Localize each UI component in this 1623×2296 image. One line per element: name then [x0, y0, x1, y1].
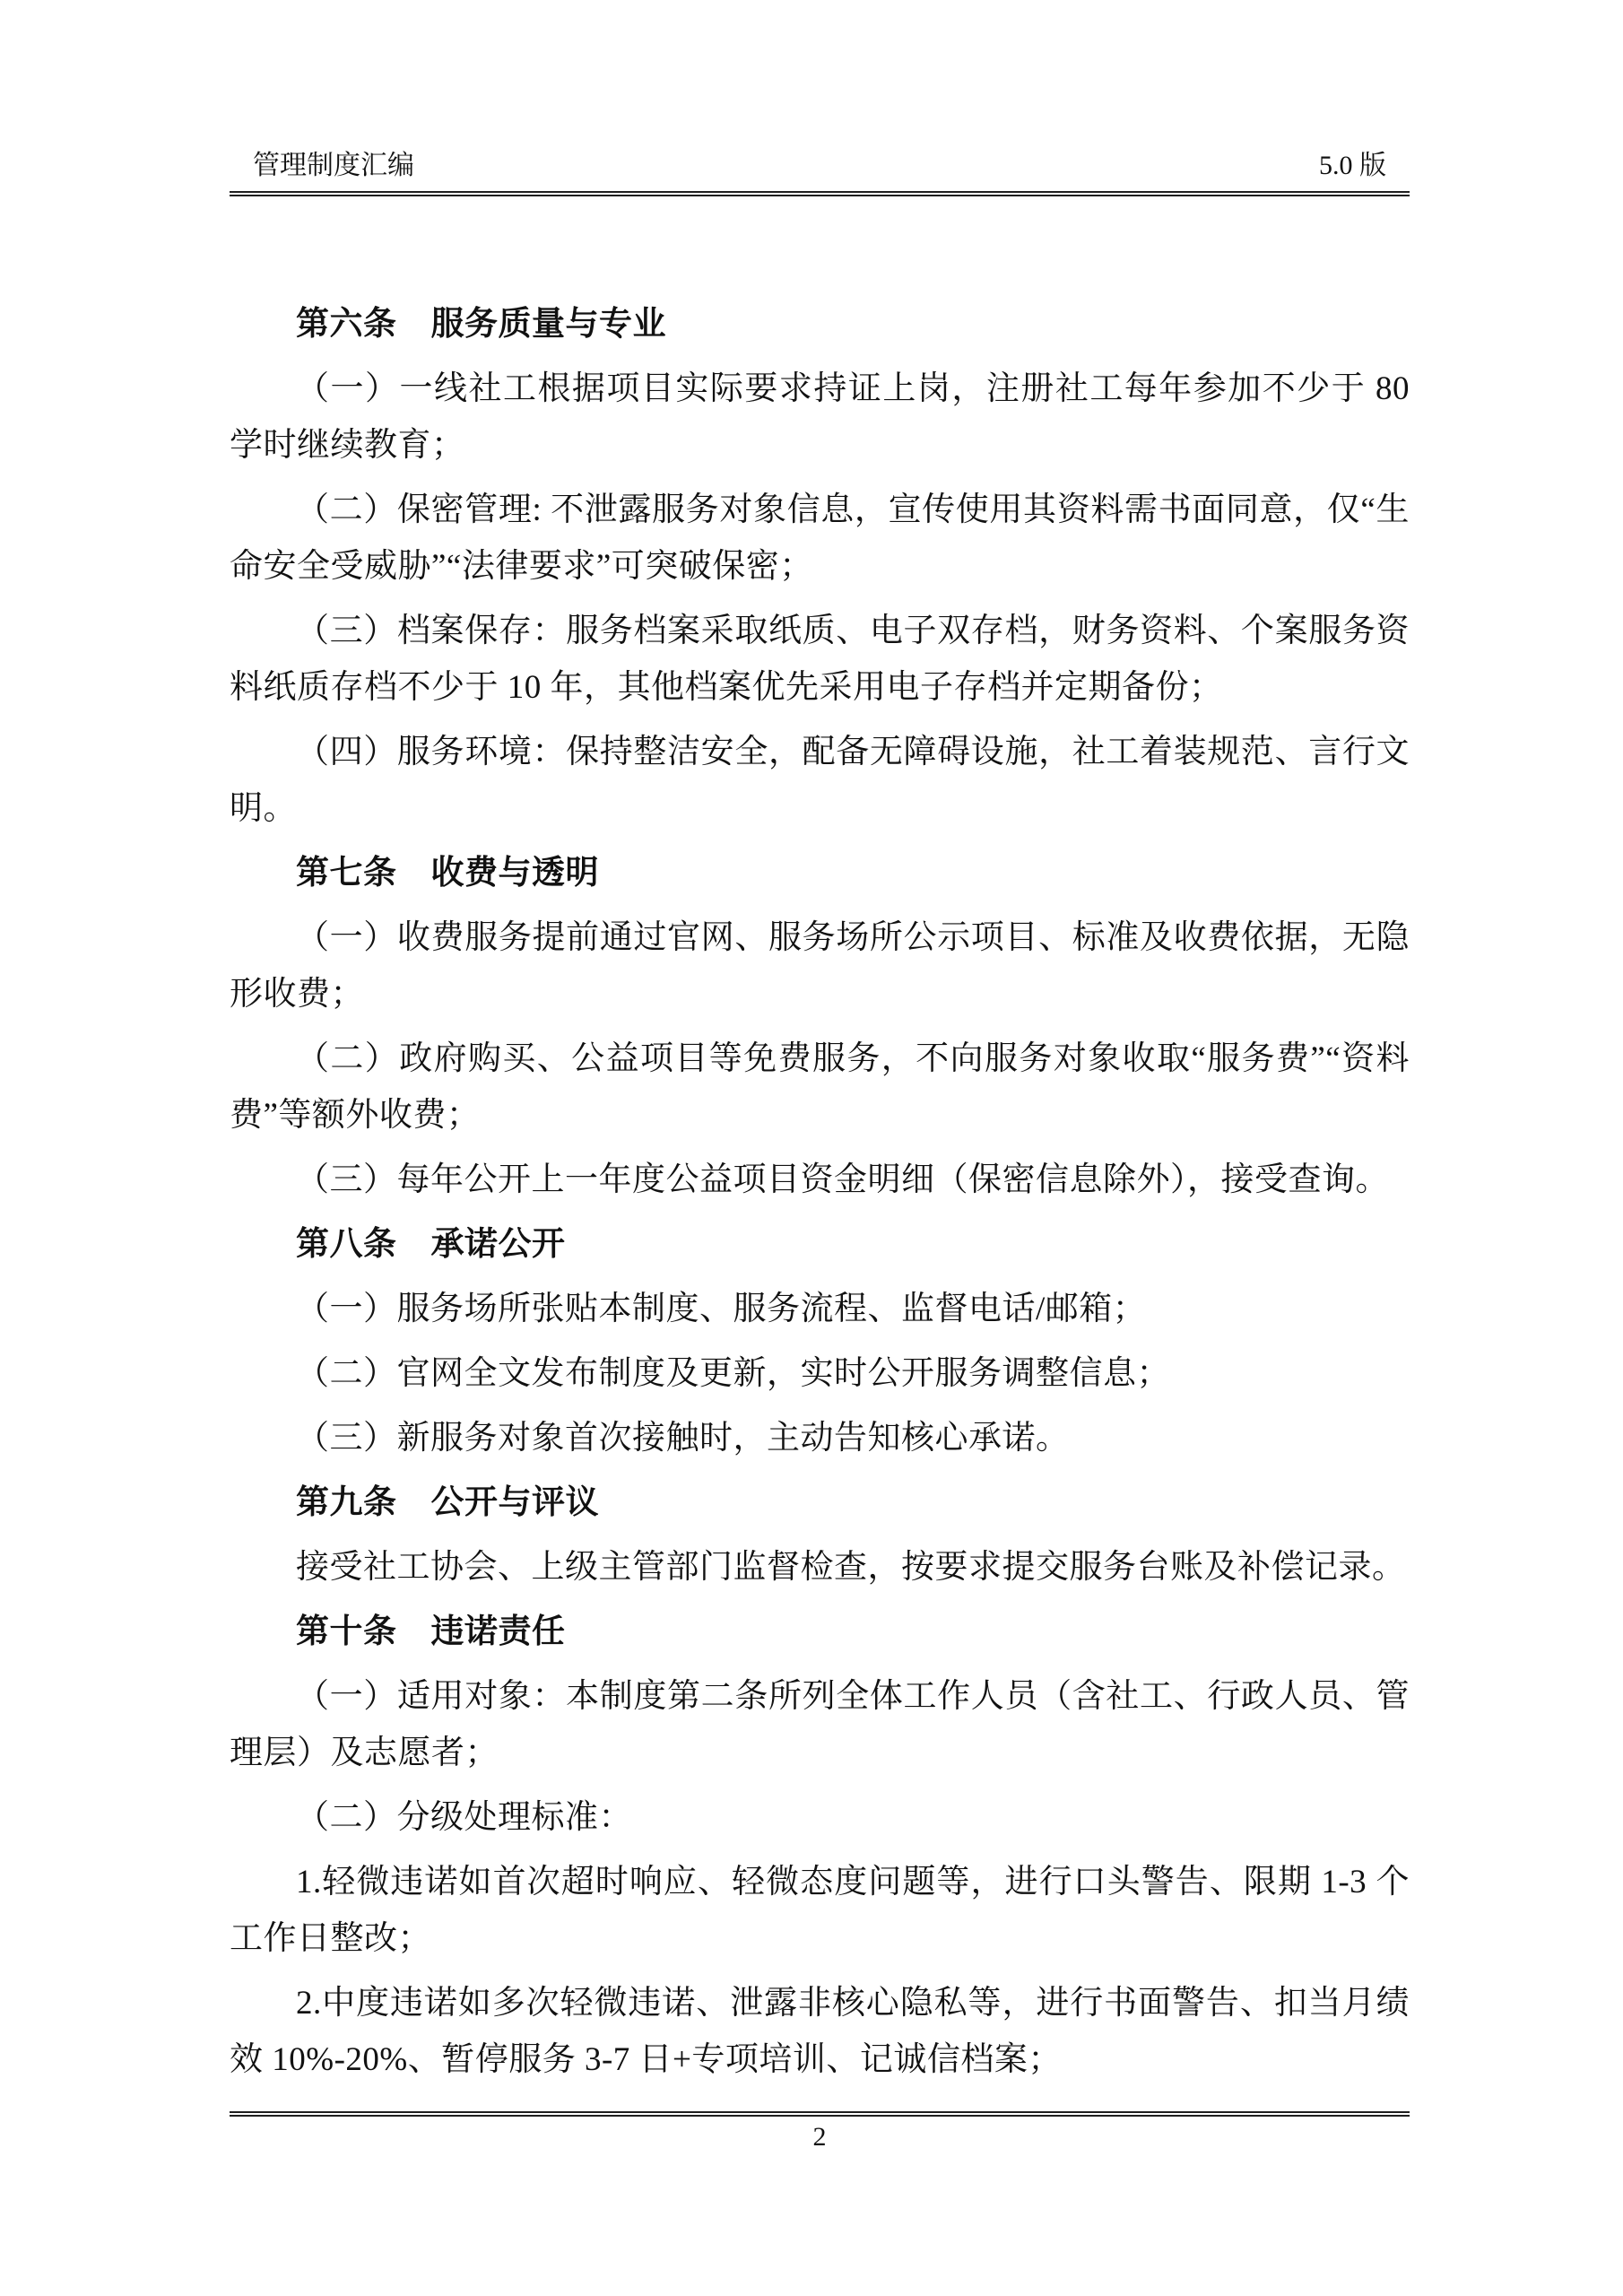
paragraph: 接受社工协会、上级主管部门监督检查，按要求提交服务台账及补偿记录。: [230, 1539, 1410, 1596]
article-title: 承诺公开: [431, 1226, 566, 1263]
page-number: 2: [813, 2122, 827, 2152]
article-number: 第六条: [296, 306, 397, 343]
paragraph: （二）分级处理标准：: [230, 1789, 1410, 1846]
paragraph: （四）服务环境：保持整洁安全，配备无障碍设施，社工着装规范、言行文明。: [230, 724, 1410, 837]
article-heading: 第六条服务质量与专业: [230, 296, 1410, 352]
page-header: 管理制度汇编 5.0 版: [230, 147, 1410, 196]
paragraph: （一）收费服务提前通过官网、服务场所公示项目、标准及收费依据，无隐形收费；: [230, 909, 1410, 1022]
paragraph: （三）每年公开上一年度公益项目资金明细（保密信息除外），接受查询。: [230, 1152, 1410, 1208]
page-footer: 2: [230, 2111, 1410, 2155]
article-number: 第九条: [296, 1484, 397, 1521]
header-version-label: 5.0 版: [1319, 147, 1386, 185]
paragraph: （二）保密管理: 不泄露服务对象信息，宣传使用其资料需书面同意，仅“生命安全受威…: [230, 482, 1410, 595]
paragraph: （二）官网全文发布制度及更新，实时公开服务调整信息；: [230, 1345, 1410, 1402]
paragraph: （二）政府购买、公益项目等免费服务，不向服务对象收取“服务费”“资料费”等额外收…: [230, 1031, 1410, 1144]
article-number: 第十条: [296, 1613, 397, 1650]
article-title: 服务质量与专业: [431, 306, 667, 343]
article-title: 违诺责任: [431, 1613, 566, 1650]
document-page: 管理制度汇编 5.0 版 第六条服务质量与专业（一）一线社工根据项目实际要求持证…: [0, 0, 1623, 2296]
paragraph: （三）新服务对象首次接触时，主动告知核心承诺。: [230, 1410, 1410, 1466]
article-number: 第七条: [296, 855, 397, 891]
article-title: 收费与透明: [431, 855, 600, 891]
paragraph: 1.轻微违诺如首次超时响应、轻微态度问题等，进行口头警告、限期 1-3 个工作日…: [230, 1854, 1410, 1967]
paragraph: （三）档案保存：服务档案采取纸质、电子双存档，财务资料、个案服务资料纸质存档不少…: [230, 603, 1410, 716]
paragraph: （一）服务场所张贴本制度、服务流程、监督电话/邮箱；: [230, 1281, 1410, 1337]
article-heading: 第九条公开与评议: [230, 1474, 1410, 1531]
header-left-title: 管理制度汇编: [253, 147, 414, 185]
document-body: 第六条服务质量与专业（一）一线社工根据项目实际要求持证上岗，注册社工每年参加不少…: [230, 296, 1410, 2096]
article-number: 第八条: [296, 1226, 397, 1263]
article-heading: 第十条违诺责任: [230, 1604, 1410, 1660]
paragraph: （一）适用对象：本制度第二条所列全体工作人员（含社工、行政人员、管理层）及志愿者…: [230, 1668, 1410, 1781]
paragraph: 2.中度违诺如多次轻微违诺、泄露非核心隐私等，进行书面警告、扣当月绩效 10%-…: [230, 1975, 1410, 2088]
article-title: 公开与评议: [431, 1484, 600, 1521]
paragraph: （一）一线社工根据项目实际要求持证上岗，注册社工每年参加不少于 80 学时继续教…: [230, 361, 1410, 474]
article-heading: 第八条承诺公开: [230, 1216, 1410, 1273]
article-heading: 第七条收费与透明: [230, 845, 1410, 901]
